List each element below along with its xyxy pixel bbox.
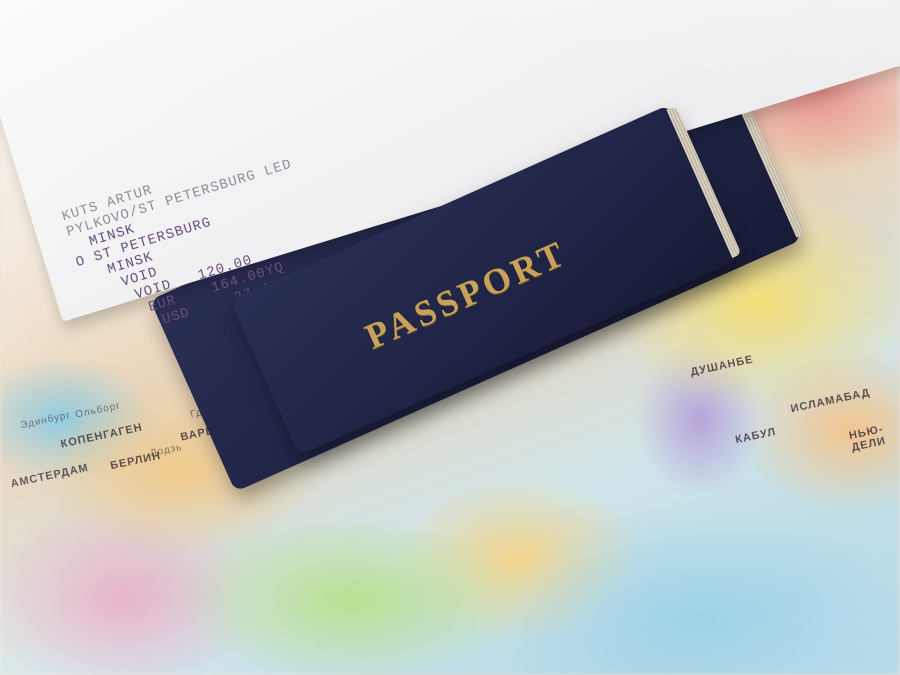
photo-scene: КОПЕНГАГЕН ВАРШАВА АМСТЕРДАМ БЕРЛИН ДУША… [0, 0, 900, 675]
passport-front-title: PASSPORT [359, 231, 574, 357]
